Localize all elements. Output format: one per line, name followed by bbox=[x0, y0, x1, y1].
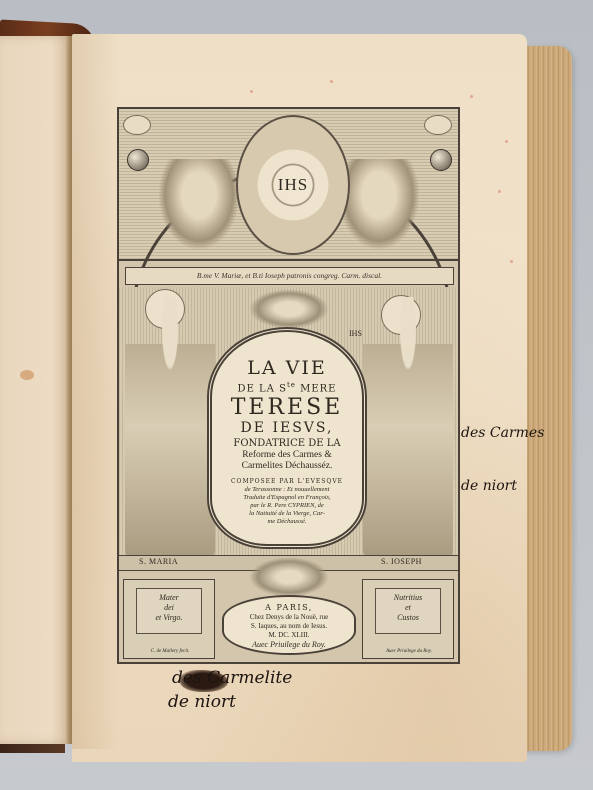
title-line: TERESE bbox=[212, 396, 362, 420]
left-page bbox=[0, 36, 72, 744]
margin-inscription: des Carmes bbox=[461, 425, 544, 441]
ownership-inscription: de niort bbox=[168, 692, 236, 712]
globe-finial-right bbox=[430, 149, 452, 171]
label-s-ioseph: S. IOSEPH bbox=[381, 557, 422, 566]
smoke-right bbox=[424, 115, 452, 135]
title-line: Carmelites Déchausséz. bbox=[212, 461, 362, 472]
cherub-top bbox=[249, 289, 329, 329]
translator-line: par le R. Pere CYPRIEN, de bbox=[212, 502, 362, 510]
margin-inscription: de niort bbox=[461, 478, 517, 494]
foxing-spot bbox=[330, 80, 333, 83]
author-line: de Terassonne : Et nouuellement bbox=[212, 486, 362, 494]
smoke-left bbox=[123, 115, 151, 135]
foxing-spot bbox=[510, 260, 513, 263]
privilege-credit: Auec Priuilege du Roy. bbox=[365, 649, 453, 654]
imprint-city: A PARIS, bbox=[224, 603, 354, 613]
pedestal-left: Mater dei et Virgo. C. de Mallery fecit. bbox=[123, 579, 215, 659]
label-s-maria: S. MARIA bbox=[139, 557, 178, 566]
ihs-small: IHS bbox=[349, 329, 362, 338]
ihs-monogram: IHS bbox=[278, 175, 308, 195]
title-line: DE LA Ste MERE bbox=[212, 378, 362, 396]
translator-line: la Natiuité de la Vierge, Car- bbox=[212, 510, 362, 518]
foxing-spot bbox=[470, 95, 473, 98]
imprint-date: M. DC. XLIII. bbox=[224, 631, 354, 640]
title-line: LA VIE bbox=[212, 358, 362, 378]
engraver-credit: C. de Mallery fecit. bbox=[126, 649, 214, 654]
foxing-spot bbox=[498, 190, 501, 193]
pedestal-inscription: Nutritius et Custos bbox=[375, 588, 441, 634]
pedestal-right: Nutritius et Custos Auec Priuilege du Ro… bbox=[362, 579, 454, 659]
globe-finial-left bbox=[127, 149, 149, 171]
pedestal-inscription: Mater dei et Virgo. bbox=[136, 588, 202, 634]
foxing-spot bbox=[250, 90, 253, 93]
angel-right bbox=[339, 159, 419, 249]
foxing-spot bbox=[505, 140, 508, 143]
pediment: IHS bbox=[119, 109, 458, 261]
imprint-address: S. Iaques, au nom de Iesus. bbox=[224, 622, 354, 631]
virgin-mary-figure bbox=[125, 297, 215, 557]
saint-joseph-figure bbox=[363, 297, 453, 557]
stain bbox=[20, 370, 34, 380]
translator-line: Traduite d'Espagnol en François, bbox=[212, 494, 362, 502]
angel-left bbox=[159, 159, 239, 249]
author-line: COMPOSEE PAR L'EVESQVE bbox=[212, 477, 362, 486]
title-line: DE IESVS, bbox=[212, 420, 362, 436]
translator-line: me Déchaussé. bbox=[212, 518, 362, 526]
engraved-frontispiece: IHS B.me V. Mariæ, et B.ti Ioseph patron… bbox=[117, 107, 460, 664]
title-line: FONDATRICE DE LA bbox=[212, 438, 362, 450]
page-fore-edge bbox=[520, 46, 572, 751]
imprint-publisher: Chez Denys de la Nouë, rue bbox=[224, 613, 354, 622]
title-line: Reforme des Carmes & bbox=[212, 450, 362, 461]
open-book: IHS B.me V. Mariæ, et B.ti Ioseph patron… bbox=[0, 0, 593, 790]
cherub-bottom bbox=[249, 557, 329, 597]
imprint-privilege: Auec Priuilege du Roy. bbox=[224, 640, 354, 650]
ownership-inscription: des Carmelite bbox=[172, 668, 292, 688]
imprint-cartouche: A PARIS, Chez Denys de la Nouë, rue S. I… bbox=[222, 595, 356, 655]
ihs-sunburst: IHS bbox=[236, 115, 350, 255]
dedication-banner: B.me V. Mariæ, et B.ti Ioseph patronis c… bbox=[125, 267, 454, 285]
title-cartouche: LA VIE DE LA Ste MERE TERESE DE IESVS, F… bbox=[207, 327, 367, 549]
